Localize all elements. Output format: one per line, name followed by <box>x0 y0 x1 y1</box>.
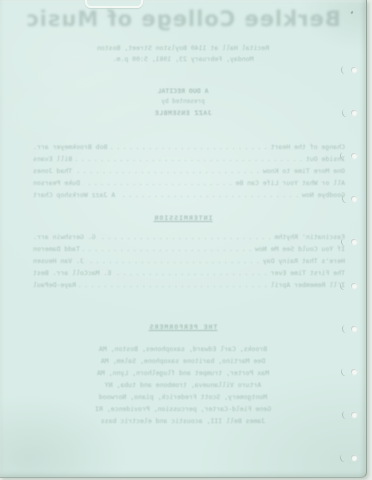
piece-title: If You Could See Me Now <box>255 245 345 253</box>
scanned-page: Berklee College of Music Recital Hall at… <box>0 0 372 480</box>
piece-title: Here's That Rainy Day <box>263 257 345 265</box>
program-row: If You Could See Me Now.................… <box>33 245 345 257</box>
composer-credit: E. MacColl arr. Best <box>33 269 111 277</box>
program-row: Goodbye Now.............................… <box>33 191 345 203</box>
program-part-2: Fascinatin' Rhythm......................… <box>33 233 345 293</box>
venue-line: Recital Hall at 1140 Boylston Street, Bo… <box>0 44 366 52</box>
program-row: All or What Your Life Can Be............… <box>33 179 345 191</box>
performer-line: Gene Field-Carter, percussion, Providenc… <box>0 405 366 417</box>
dot-leader: ........................................… <box>83 179 232 187</box>
dot-leader: ........................................… <box>87 257 260 265</box>
piece-title: Goodbye Now <box>302 191 345 199</box>
dot-leader: ........................................… <box>75 155 303 163</box>
dot-leader: ........................................… <box>118 191 299 199</box>
dot-leader: ........................................… <box>75 167 260 175</box>
program-row: One More Time to Know...................… <box>33 167 345 179</box>
date-line: Monday, February 23, 1981, 5:00 p.m. <box>0 55 366 63</box>
program-row: Change of the Heart.....................… <box>33 143 345 155</box>
piece-title: The First Time Ever <box>271 269 345 277</box>
piece-title: Fascinatin' Rhythm <box>275 233 345 241</box>
performer-line: Brooks, Carl Edward, saxophones, Boston,… <box>0 345 366 357</box>
intermission-heading: INTERMISSION <box>0 214 366 222</box>
performer-line: Max Porter, trumpet and flugelhorn, Lynn… <box>0 369 366 381</box>
composer-credit: Duke Pearson <box>33 179 80 187</box>
piece-title: I'll Remember April <box>271 281 345 289</box>
punch-hole <box>351 326 357 332</box>
composer-credit: A Jazz Workshop Chart <box>33 191 115 199</box>
showthrough-layer: Berklee College of Music Recital Hall at… <box>0 0 366 477</box>
composer-credit: Bob Brookmeyer arr. <box>33 143 107 151</box>
performer-line: Montgomery, Scott Frederick, piano, Norw… <box>0 393 366 405</box>
punch-hole <box>351 369 357 375</box>
punch-hole <box>351 283 357 289</box>
berklee-logo-showthrough: Berklee College of Music <box>0 7 366 31</box>
performers-list: Brooks, Carl Edward, saxophones, Boston,… <box>0 345 366 429</box>
dot-leader: ........................................… <box>114 269 267 277</box>
composer-credit: J. Van Heusen <box>33 257 84 265</box>
recital-title-line-1: A DUO RECITAL <box>0 87 366 95</box>
dot-leader: ........................................… <box>83 245 252 253</box>
dot-leader: ........................................… <box>99 233 272 241</box>
punch-hole <box>351 67 357 73</box>
performer-line: Dee Martino, baritone saxophone, Salem, … <box>0 357 366 369</box>
composer-credit: Tadd Dameron <box>33 245 80 253</box>
program-part-1: Change of the Heart.....................… <box>33 143 345 203</box>
composer-credit: G. Gershwin arr. <box>33 233 96 241</box>
performer-line: James Bell III, acoustic and electric ba… <box>0 417 366 429</box>
composer-credit: Bill Evans <box>33 155 72 163</box>
punch-hole <box>351 412 357 418</box>
program-row: The First Time Ever.....................… <box>33 269 345 281</box>
piece-title: One More Time to Know <box>263 167 345 175</box>
dot-leader: ........................................… <box>110 143 267 151</box>
program-row: Here's That Rainy Day...................… <box>33 257 345 269</box>
punch-hole <box>351 455 357 461</box>
program-row: Fascinatin' Rhythm......................… <box>33 233 345 245</box>
performers-heading: THE PERFORMERS <box>0 323 366 331</box>
composer-credit: Thad Jones <box>33 167 72 175</box>
piece-title: Change of the Heart <box>271 143 345 151</box>
program-row: I'll Remember April.....................… <box>33 281 345 293</box>
dot-leader: ........................................… <box>79 281 268 289</box>
paper-sheet: Berklee College of Music Recital Hall at… <box>0 0 367 478</box>
composer-credit: Raye-DePaul <box>33 281 76 289</box>
program-row: Inside Out..............................… <box>33 155 345 167</box>
recital-title-line-2: presented by <box>0 98 366 105</box>
performer-line: Arturo Villanueva, trombone and tuba, NY <box>0 381 366 393</box>
recital-title-line-3: JAZZ ENSEMBLE <box>0 109 366 117</box>
piece-title: All or What Your Life Can Be <box>235 179 345 187</box>
